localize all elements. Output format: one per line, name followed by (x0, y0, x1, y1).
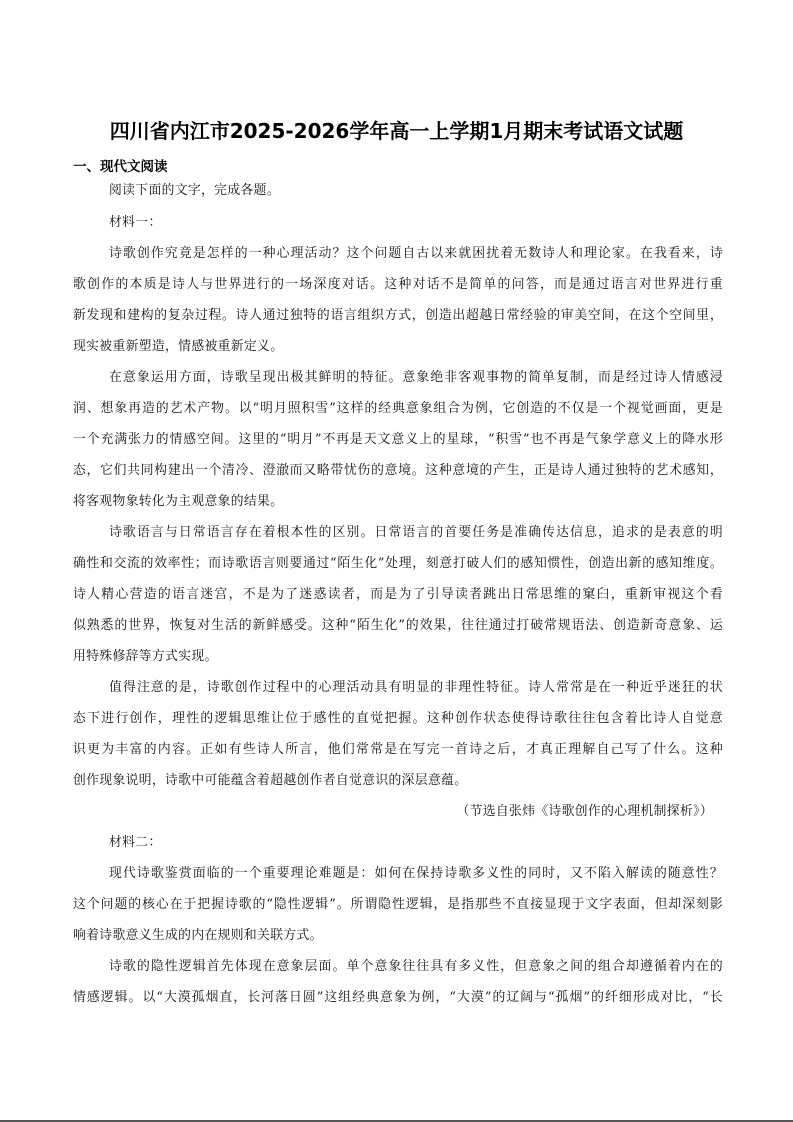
paragraph: 现代诗歌鉴赏面临的一个重要理论难题是：如何在保持诗歌多义性的同时，又不陷入解读的… (73, 858, 723, 951)
text-line: 态下进行创作，理性的逻辑思维让位于感性的直觉把握。这种创作状态使得诗歌往往包含着… (73, 703, 723, 734)
text-line: 将客观物象转化为主观意象的结果。 (73, 486, 723, 517)
material-one-label: 材料一： (73, 207, 723, 238)
text-line: 现代诗歌鉴赏面临的一个重要理论难题是：如何在保持诗歌多义性的同时，又不陷入解读的… (73, 858, 723, 889)
paragraph: 值得注意的是，诗歌创作过程中的心理活动具有明显的非理性特征。诗人常常是在一种近乎… (73, 672, 723, 796)
text-line: 似熟悉的世界，恢复对生活的新鲜感受。这种“陌生化”的效果，往往通过打破常规语法、… (73, 610, 723, 641)
section-heading: 一、现代文阅读 (73, 157, 723, 177)
paragraph: 诗歌创作究竟是怎样的一种心理活动？这个问题自古以来就困扰着无数诗人和理论家。在我… (73, 238, 723, 362)
text-line: 歌创作的本质是诗人与世界进行的一场深度对话。这种对话不是简单的问答，而是通过语言… (73, 269, 723, 300)
text-line: 创作现象说明，诗歌中可能蕴含着超越创作者自觉意识的深层意蕴。 (73, 765, 723, 796)
text-line: 诗歌创作究竟是怎样的一种心理活动？这个问题自古以来就困扰着无数诗人和理论家。在我… (73, 238, 723, 269)
text-line: 诗人精心营造的语言迷宫，不是为了迷惑读者，而是为了引导读者跳出日常思维的窠臼，重… (73, 579, 723, 610)
text-line: 在意象运用方面，诗歌呈现出极其鲜明的特征。意象绝非客观事物的简单复制，而是经过诗… (73, 362, 723, 393)
text-line: 用特殊修辞等方式实现。 (73, 641, 723, 672)
text-line: 识更为丰富的内容。正如有些诗人所言，他们常常是在写完一首诗之后，才真正理解自己写… (73, 734, 723, 765)
text-line: 一个充满张力的情感空间。这里的“明月”不再是天文意义上的星球，“积雪”也不再是气… (73, 424, 723, 455)
document-page: 四川省内江市2025-2026学年高一上学期1月期末考试语文试题 一、现代文阅读… (0, 0, 793, 1122)
text-line: 诗歌语言与日常语言存在着根本性的区别。日常语言的首要任务是准确传达信息，追求的是… (73, 517, 723, 548)
source-citation: （节选自张炜《诗歌创作的心理机制探析》） (73, 796, 723, 827)
text-line: 这个问题的核心在于把握诗歌的“隐性逻辑”。所谓隐性逻辑，是指那些不直接显现于文字… (73, 889, 723, 920)
text-line: 诗歌的隐性逻辑首先体现在意象层面。单个意象往往具有多义性，但意象之间的组合却遵循… (73, 951, 723, 982)
text-line: 响着诗歌意义生成的内在规则和关联方式。 (73, 920, 723, 951)
material-two-label: 材料二： (73, 827, 723, 858)
text-line: 润、想象再造的艺术产物。以“明月照积雪”这样的经典意象组合为例，它创造的不仅是一… (73, 393, 723, 424)
paragraph: 诗歌语言与日常语言存在着根本性的区别。日常语言的首要任务是准确传达信息，追求的是… (73, 517, 723, 672)
instruction-text: 阅读下面的文字，完成各题。 (73, 179, 723, 207)
text-line: 确性和交流的效率性；而诗歌语言则要通过“陌生化”处理，刻意打破人们的感知惯性，创… (73, 548, 723, 579)
document-body: 一、现代文阅读 阅读下面的文字，完成各题。 材料一： 诗歌创作究竟是怎样的一种心… (73, 157, 723, 1013)
paragraph: 诗歌的隐性逻辑首先体现在意象层面。单个意象往往具有多义性，但意象之间的组合却遵循… (73, 951, 723, 1013)
text-line: 情感逻辑。以“大漠孤烟直，长河落日圆”这组经典意象为例，“大漠”的辽阔与“孤烟”… (73, 982, 723, 1013)
text-line: 态，它们共同构建出一个清冷、澄澈而又略带忧伤的意境。这种意境的产生，正是诗人通过… (73, 455, 723, 486)
text-line: 新发现和建构的复杂过程。诗人通过独特的语言组织方式，创造出超越日常经验的审美空间… (73, 300, 723, 331)
paragraph: 在意象运用方面，诗歌呈现出极其鲜明的特征。意象绝非客观事物的简单复制，而是经过诗… (73, 362, 723, 517)
text-line: 现实被重新塑造，情感被重新定义。 (73, 331, 723, 362)
document-title: 四川省内江市2025-2026学年高一上学期1月期末考试语文试题 (0, 117, 793, 145)
text-line: 值得注意的是，诗歌创作过程中的心理活动具有明显的非理性特征。诗人常常是在一种近乎… (73, 672, 723, 703)
